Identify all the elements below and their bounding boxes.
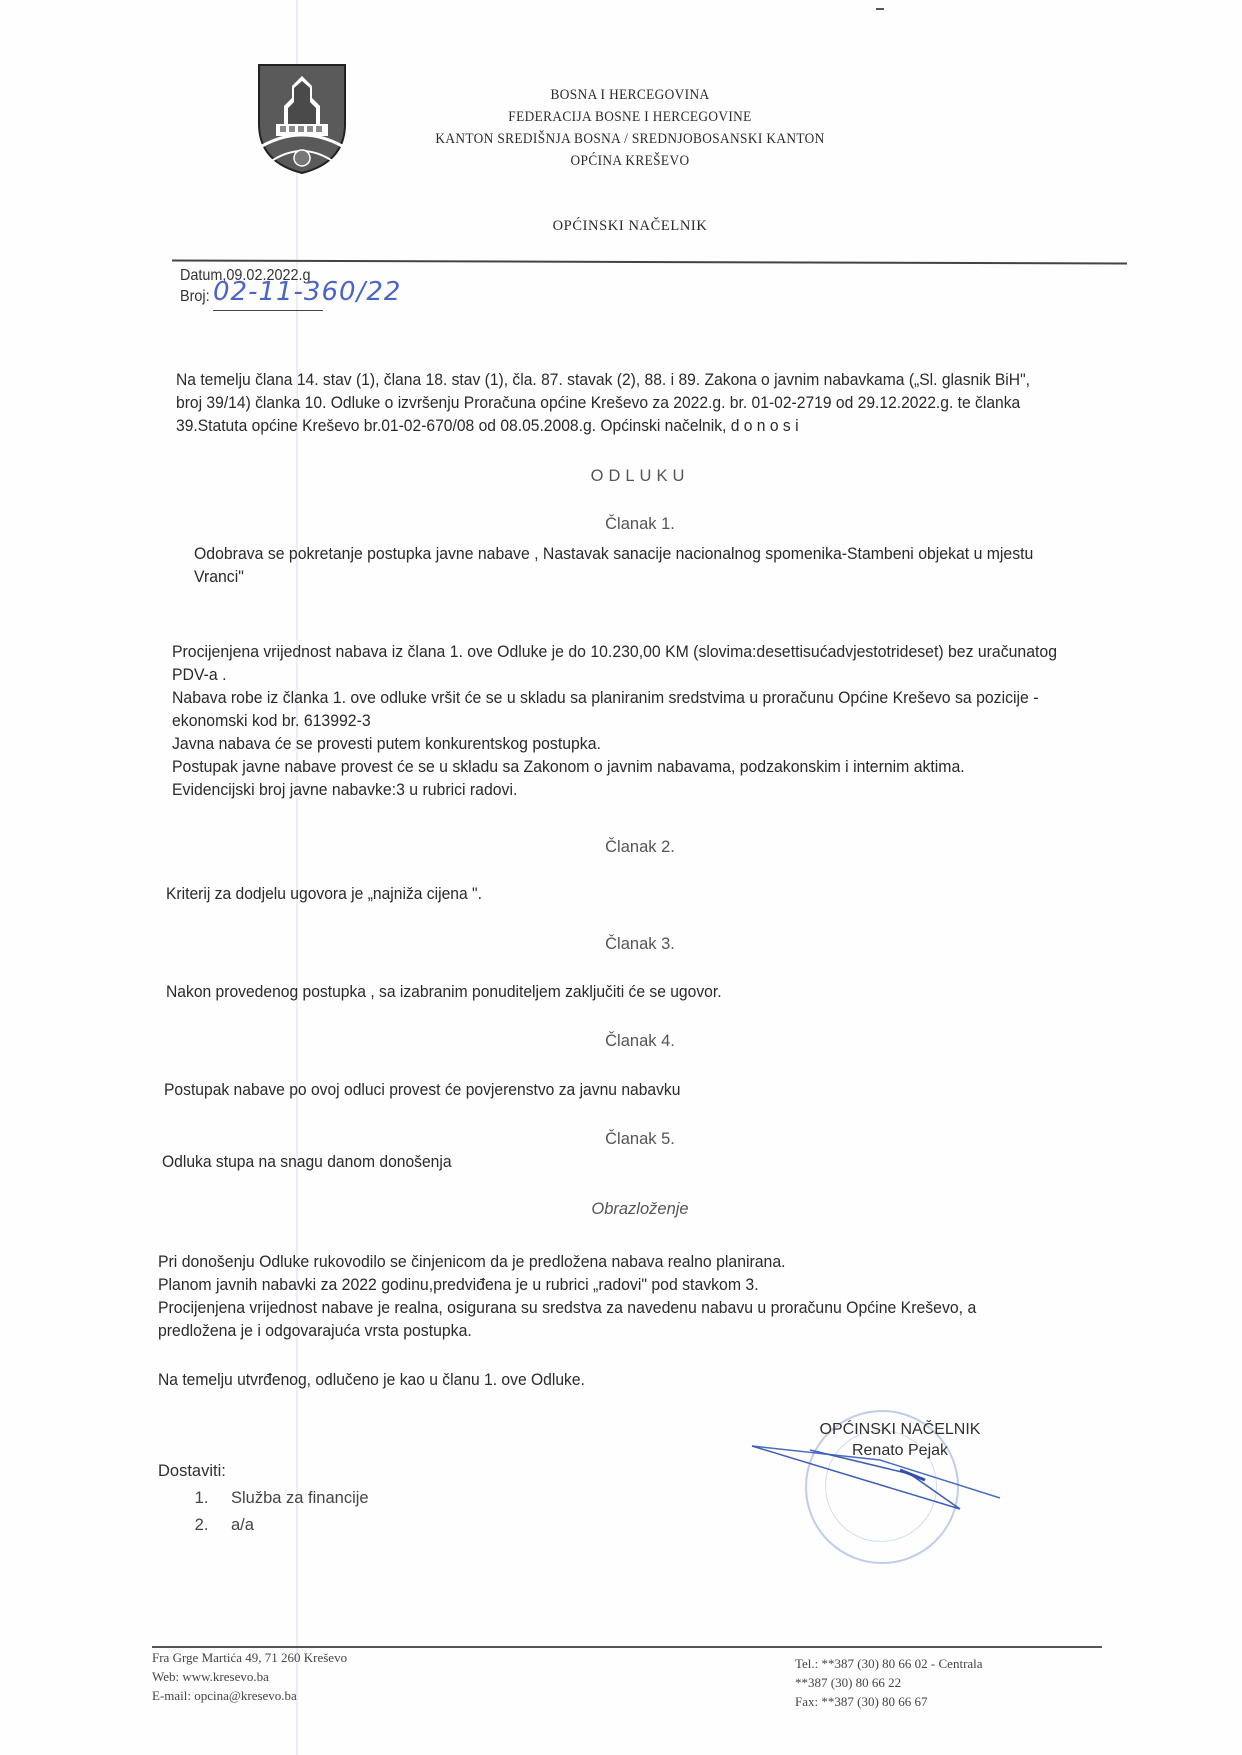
delivery-item: a/a xyxy=(213,1512,369,1539)
reasoning-conclusion: Na temelju utvrđenog, odlučeno je kao u … xyxy=(158,1368,802,1391)
delivery-label: Dostaviti: xyxy=(158,1458,369,1485)
article-4-text: Postupak nabave po ovoj odluci provest ć… xyxy=(164,1078,900,1101)
handwritten-signature-icon xyxy=(750,1440,1010,1520)
reasoning-text: Pri donošenju Odluke rukovodilo se činje… xyxy=(158,1250,1051,1342)
header-divider xyxy=(172,259,1127,264)
footer-phone: **387 (30) 80 66 22 xyxy=(795,1673,983,1692)
procedure-type-text: Javna nabava će se provesti putem konkur… xyxy=(172,732,1065,755)
footer-contact: Fra Grge Martića 49, 71 260 Kreševo Web:… xyxy=(152,1648,347,1705)
letterhead-line: FEDERACIJA BOSNE I HERCEGOVINE xyxy=(382,106,879,128)
office-title: OPĆINSKI NAČELNIK xyxy=(460,218,800,235)
reasoning-paragraph: Pri donošenju Odluke rukovodilo se činje… xyxy=(158,1250,1051,1273)
estimated-value-text: Procijenjena vrijednost nabava iz člana … xyxy=(172,640,1065,686)
article-4-title: Članak 4. xyxy=(520,1032,760,1051)
budget-position-text: Nabava robe iz članka 1. ove odluke vrši… xyxy=(172,686,1065,732)
article-5-title: Članak 5. xyxy=(520,1130,760,1149)
scan-speck xyxy=(876,8,884,10)
article-3-text: Nakon provedenog postupka , sa izabranim… xyxy=(166,980,902,1003)
handwritten-reference-number: 02-11-360/22 xyxy=(213,277,401,307)
footer-email: E-mail: opcina@kresevo.ba xyxy=(152,1686,347,1705)
reasoning-title: Obrazloženje xyxy=(520,1200,760,1219)
delivery-item: Služba za financije xyxy=(213,1485,369,1512)
article-1-title: Članak 1. xyxy=(520,515,760,534)
legal-basis-text: Postupak javne nabave provest će se u sk… xyxy=(172,755,1065,778)
delivery-list: Dostaviti: Služba za financije a/a xyxy=(158,1458,369,1539)
municipal-coat-of-arms-icon xyxy=(256,62,348,176)
reasoning-paragraph: Procijenjena vrijednost nabave je realna… xyxy=(158,1296,1051,1342)
reasoning-paragraph: Planom javnih nabavki za 2022 godinu,pre… xyxy=(158,1273,1051,1296)
footer-fax: Fax: **387 (30) 80 66 67 xyxy=(795,1692,983,1711)
intro-paragraph: Na temelju člana 14. stav (1), člana 18.… xyxy=(176,368,1059,437)
article-2-text: Kriterij za dodjelu ugovora je „najniža … xyxy=(166,882,810,905)
footer-web: Web: www.kresevo.ba xyxy=(152,1667,347,1686)
signatory-title: OPĆINSKI NAČELNIK xyxy=(780,1419,1020,1440)
letterhead-line: KANTON SREDIŠNJA BOSNA / SREDNJOBOSANSKI… xyxy=(382,128,879,150)
article-1-details: Procijenjena vrijednost nabava iz člana … xyxy=(172,640,1065,801)
footer-address: Fra Grge Martića 49, 71 260 Kreševo xyxy=(152,1648,347,1667)
article-3-title: Članak 3. xyxy=(520,935,760,954)
article-5-text: Odluka stupa na snagu danom donošenja xyxy=(162,1150,806,1173)
article-1-text: Odobrava se pokretanje postupka javne na… xyxy=(194,542,1078,588)
decision-title: ODLUKU xyxy=(520,467,760,486)
registry-number-text: Evidencijski broj javne nabavke:3 u rubr… xyxy=(172,778,1065,801)
footer-phone: Tel.: **387 (30) 80 66 02 - Centrala xyxy=(795,1654,983,1673)
article-2-title: Članak 2. xyxy=(520,838,760,857)
footer-phones: Tel.: **387 (30) 80 66 02 - Centrala **3… xyxy=(795,1654,983,1711)
letterhead-line: BOSNA I HERCEGOVINA xyxy=(382,84,879,106)
document-page: BOSNA I HERCEGOVINA FEDERACIJA BOSNE I H… xyxy=(0,0,1242,1755)
letterhead: BOSNA I HERCEGOVINA FEDERACIJA BOSNE I H… xyxy=(360,84,900,172)
number-underline xyxy=(213,310,323,311)
letterhead-line: OPĆINA KREŠEVO xyxy=(382,150,879,172)
